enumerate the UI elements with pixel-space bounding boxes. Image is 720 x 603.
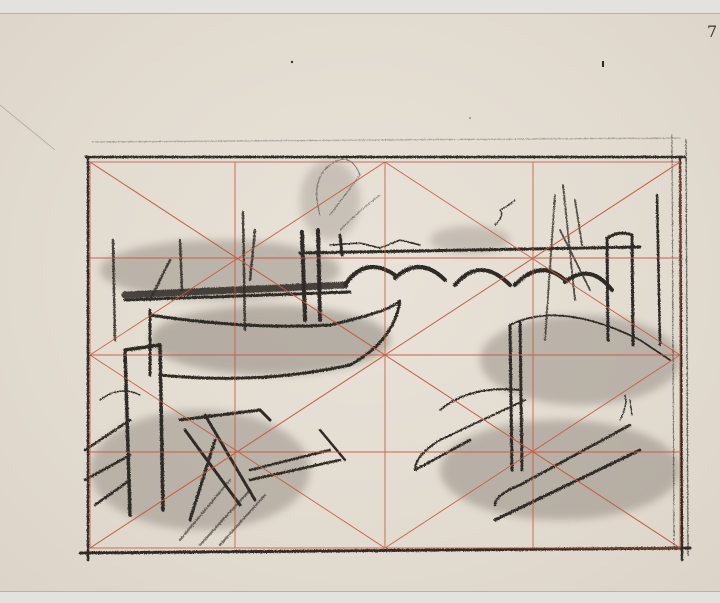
sketch-drawing (0, 0, 720, 603)
sketch-stage: 7 (0, 0, 720, 603)
red-construction-grid (90, 162, 680, 548)
